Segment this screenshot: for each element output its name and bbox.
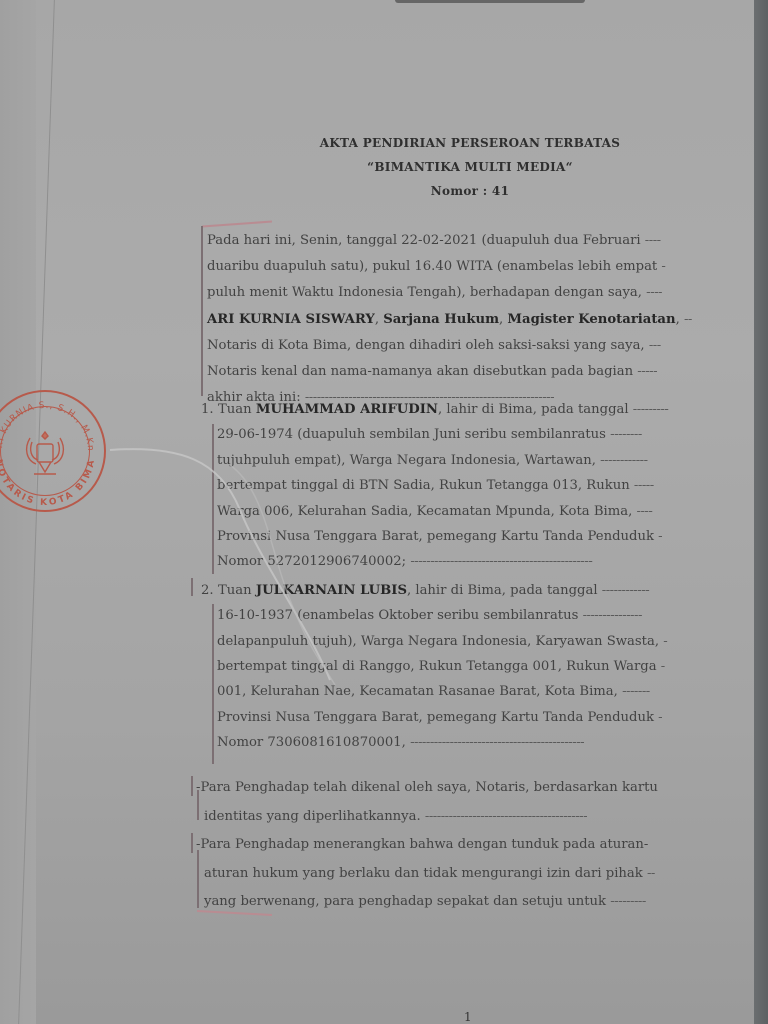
text-run: Nomor 5272012906740002; [217, 554, 410, 569]
text-run: yang berwenang, para penghadap sepakat d… [204, 894, 610, 909]
party-line: Tuan JULKARNAIN LUBIS, lahir di Bima, pa… [218, 579, 649, 603]
text-run: , [375, 312, 383, 327]
text-run: Notaris kenal dan nama-namanya akan dise… [207, 364, 637, 379]
party-line: delapanpuluh tujuh), Warga Negara Indone… [217, 630, 667, 654]
text-run: , lahir di Bima, pada tanggal [438, 402, 633, 417]
party-line: 29-06-1974 (duapuluh sembilan Juni serib… [217, 423, 642, 447]
party-line: Provinsi Nusa Tenggara Barat, pemegang K… [217, 706, 662, 730]
text-run: Tuan [218, 402, 256, 417]
text-run: Pada hari ini, Senin, tanggal 22-02-2021… [207, 233, 645, 248]
page-number: 1 [464, 1010, 472, 1024]
text-run: 16-10-1937 (enambelas Oktober seribu sem… [217, 608, 583, 623]
text-run: -Para Penghadap menerangkan bahwa dengan… [196, 837, 648, 852]
filler-dashes: - [658, 710, 662, 725]
opening-line: Pada hari ini, Senin, tanggal 22-02-2021… [207, 229, 661, 253]
svg-text:ARI KURNIA S., S.H., M.Kn.: ARI KURNIA S., S.H., M.Kn. [0, 390, 95, 452]
text-run: Tuan [218, 583, 256, 598]
text-run: Notaris di Kota Bima, dengan dihadiri ol… [207, 338, 649, 353]
margin-mark-party-1 [212, 424, 214, 574]
bold-name: ARI KURNIA SISWARY [207, 312, 375, 327]
filler-dashes: -- [647, 866, 655, 881]
filler-dashes: - [661, 259, 665, 274]
opening-line: Notaris kenal dan nama-namanya akan dise… [207, 360, 657, 384]
document-header: AKTA PENDIRIAN PERSEROAN TERBATAS “BIMAN… [200, 131, 740, 203]
margin-mark-party-2 [212, 604, 214, 764]
filler-dashes: ------------ [602, 583, 649, 598]
margin-mark-clause-1 [191, 776, 193, 796]
text-run: Provinsi Nusa Tenggara Barat, pemegang K… [217, 529, 658, 544]
margin-mark-party-2-start [191, 578, 193, 596]
top-shadow [395, 0, 585, 3]
party-line: 16-10-1937 (enambelas Oktober seribu sem… [217, 604, 642, 628]
document-title: AKTA PENDIRIAN PERSEROAN TERBATAS [200, 131, 740, 155]
garuda-emblem-icon: ARI KURNIA S., S.H., M.Kn. NOTARIS KOTA … [0, 390, 106, 512]
text-run: Warga 006, Kelurahan Sadia, Kecamatan Mp… [217, 504, 636, 519]
party-line: Tuan MUHAMMAD ARIFUDIN, lahir di Bima, p… [218, 398, 668, 422]
filler-dashes: - [663, 634, 667, 649]
filler-dashes: ----------------------------------------… [410, 554, 592, 569]
filler-dashes: ----- [637, 364, 657, 379]
party-line: 001, Kelurahan Nae, Kecamatan Rasanae Ba… [217, 680, 650, 704]
party-line: Warga 006, Kelurahan Sadia, Kecamatan Mp… [217, 500, 652, 524]
margin-mark-clause-2 [191, 833, 193, 853]
deed-number: Nomor : 41 [200, 179, 740, 203]
filler-dashes: ----- [634, 478, 654, 493]
filler-dashes: -------- [610, 427, 642, 442]
filler-dashes: ------- [622, 684, 650, 699]
clause-line: -Para Penghadap telah dikenal oleh saya,… [196, 776, 658, 800]
filler-dashes: --------------- [583, 608, 642, 623]
text-run: bertempat tinggal di Ranggo, Rukun Tetan… [217, 659, 661, 674]
party-line: bertempat tinggal di BTN Sadia, Rukun Te… [217, 474, 654, 498]
text-run: -Para Penghadap telah dikenal oleh saya,… [196, 780, 658, 795]
text-run: 29-06-1974 (duapuluh sembilan Juni serib… [217, 427, 610, 442]
text-run: puluh menit Waktu Indonesia Tengah), ber… [207, 285, 646, 300]
bold-name: Magister Kenotariatan [507, 312, 675, 327]
clause-line: identitas yang diperlihatkannya. -------… [204, 805, 587, 829]
clause-line: yang berwenang, para penghadap sepakat d… [204, 890, 646, 914]
text-run: Provinsi Nusa Tenggara Barat, pemegang K… [217, 710, 658, 725]
text-run: duaribu duapuluh satu), pukul 16.40 WITA… [207, 259, 661, 274]
opening-line: Notaris di Kota Bima, dengan dihadiri ol… [207, 334, 661, 358]
party-number: 1. [201, 398, 214, 422]
text-run: identitas yang diperlihatkannya. [204, 809, 425, 824]
filler-dashes: ---- [645, 233, 661, 248]
party-line: Provinsi Nusa Tenggara Barat, pemegang K… [217, 525, 662, 549]
party-line: Nomor 5272012906740002; ----------------… [217, 550, 592, 574]
party-line: bertempat tinggal di Ranggo, Rukun Tetan… [217, 655, 665, 679]
bold-name: JULKARNAIN LUBIS [256, 583, 407, 598]
party-line: tujuhpuluh empat), Warga Negara Indonesi… [217, 449, 648, 473]
background-edge [754, 0, 768, 1024]
company-name: “BIMANTIKA MULTI MEDIA“ [200, 155, 740, 179]
filler-dashes: ----------------------------------------… [410, 735, 584, 750]
filler-dashes: --- [649, 338, 661, 353]
stamp-top-text: ARI KURNIA S., S.H., M.Kn. [0, 390, 95, 452]
text-run: , [676, 312, 684, 327]
party-line: Nomor 7306081610870001, ----------------… [217, 731, 584, 755]
party-number: 2. [201, 579, 214, 603]
filler-dashes: ---- [636, 504, 652, 519]
opening-line: duaribu duapuluh satu), pukul 16.40 WITA… [207, 255, 665, 279]
bold-name: Sarjana Hukum [383, 312, 499, 327]
text-run: delapanpuluh tujuh), Warga Negara Indone… [217, 634, 663, 649]
filler-dashes: ------------ [600, 453, 647, 468]
opening-line: puluh menit Waktu Indonesia Tengah), ber… [207, 281, 662, 305]
text-run: 001, Kelurahan Nae, Kecamatan Rasanae Ba… [217, 684, 622, 699]
text-run: Nomor 7306081610870001, [217, 735, 410, 750]
text-run: , lahir di Bima, pada tanggal [407, 583, 602, 598]
text-run: aturan hukum yang berlaku dan tidak meng… [204, 866, 647, 881]
text-run: bertempat tinggal di BTN Sadia, Rukun Te… [217, 478, 634, 493]
bold-name: MUHAMMAD ARIFUDIN [256, 402, 438, 417]
underlying-page [0, 0, 40, 1024]
clause-line: aturan hukum yang berlaku dan tidak meng… [204, 862, 655, 886]
filler-dashes: - [658, 529, 662, 544]
filler-dashes: --------- [633, 402, 669, 417]
filler-dashes: --------- [610, 894, 646, 909]
notary-stamp: ARI KURNIA S., S.H., M.Kn. NOTARIS KOTA … [0, 390, 106, 512]
filler-dashes: -- [684, 312, 692, 327]
margin-mark-opening [201, 226, 203, 396]
filler-dashes: ---- [646, 285, 662, 300]
filler-dashes: - [661, 659, 665, 674]
filler-dashes: ----------------------------------------… [425, 809, 587, 824]
margin-mark-clause-2b [197, 850, 199, 908]
opening-line: ARI KURNIA SISWARY, Sarjana Hukum, Magis… [207, 308, 692, 332]
clause-line: -Para Penghadap menerangkan bahwa dengan… [196, 833, 648, 857]
text-run: tujuhpuluh empat), Warga Negara Indonesi… [217, 453, 600, 468]
